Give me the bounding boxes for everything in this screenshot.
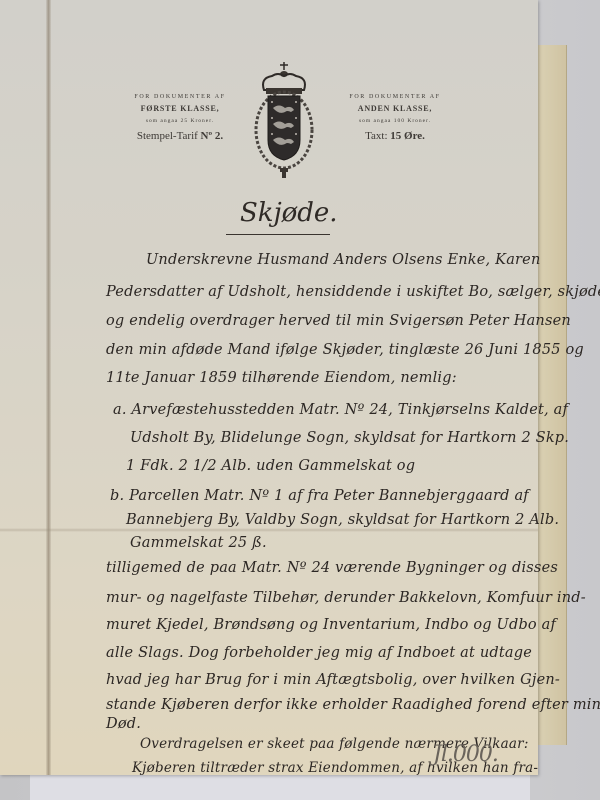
stamp-tax-label: Taxt:	[365, 130, 387, 142]
body-line: hvad jeg har Brug for i min Aftægtsbolig…	[106, 672, 560, 688]
stamp-tax: Taxt: 15 Øre.	[320, 130, 470, 142]
stamp-tax-value: 15 Øre.	[390, 130, 425, 142]
body-line: b. Parcellen Matr. Nº 1 af fra Peter Ban…	[110, 488, 529, 504]
body-line: og endelig overdrager herved til min Svi…	[106, 313, 571, 329]
stamp-right-class: ANDEN KLASSE,	[320, 104, 470, 113]
body-line: 1 Fdk. 2 1/2 Alb. uden Gammelskat og	[126, 458, 415, 474]
body-line: 11te Januar 1859 tilhørende Eiendom, nem…	[106, 370, 457, 386]
body-line: muret Kjedel, Brøndsøng og Inventarium, …	[106, 617, 556, 633]
royal-coat-of-arms-icon	[250, 60, 318, 180]
deed-page: FOR DOKUMENTER AF FØRSTE KLASSE, som ang…	[0, 0, 538, 775]
stamp-right-heading: FOR DOKUMENTER AF	[320, 94, 470, 100]
body-line: stande Kjøberen derfor ikke erholder Raa…	[106, 697, 600, 713]
vertical-fold-crease	[46, 0, 51, 775]
stamp-tarif-number: Nº 2.	[201, 130, 224, 142]
horizontal-fold-crease	[0, 528, 538, 532]
stamp-right-block: FOR DOKUMENTER AF ANDEN KLASSE, som anga…	[320, 94, 470, 142]
body-line: mur- og nagelfaste Tilbehør, derunder Ba…	[106, 590, 586, 606]
stamp-left-class: FØRSTE KLASSE,	[105, 104, 255, 113]
body-line: a. Arvefæstehusstedden Matr. Nº 24, Tink…	[113, 402, 568, 418]
body-line: alle Slags. Dog forbeholder jeg mig af I…	[106, 645, 532, 661]
body-line: Pedersdatter af Udsholt, hensiddende i u…	[106, 284, 600, 300]
stamp-left-block: FOR DOKUMENTER AF FØRSTE KLASSE, som ang…	[105, 94, 255, 142]
body-line: Gammelskat 25 ß.	[130, 535, 267, 551]
body-line: Udsholt By, Blidelunge Sogn, skyldsat fo…	[130, 430, 569, 446]
signature-mark: Jl.000.	[433, 742, 498, 767]
document-title: Skjøde.	[240, 198, 338, 228]
stamp-left-sub: som angaa 25 Kroner.	[105, 118, 255, 124]
stamp-tarif-label: Stempel-Tarif	[137, 130, 198, 142]
body-line: Død.	[106, 716, 141, 732]
stamp-left-heading: FOR DOKUMENTER AF	[105, 94, 255, 100]
body-line: tilligemed de paa Matr. Nº 24 værende By…	[106, 560, 558, 576]
body-line: Underskrevne Husmand Anders Olsens Enke,…	[146, 252, 541, 268]
stamp-tarif: Stempel-Tarif Nº 2.	[105, 130, 255, 142]
body-line: Bannebjerg By, Valdby Sogn, skyldsat for…	[126, 512, 559, 528]
stamp-right-sub: som angaa 100 Kroner.	[320, 118, 470, 124]
body-line: den min afdøde Mand ifølge Skjøder, ting…	[106, 342, 584, 358]
title-underline	[226, 234, 330, 235]
